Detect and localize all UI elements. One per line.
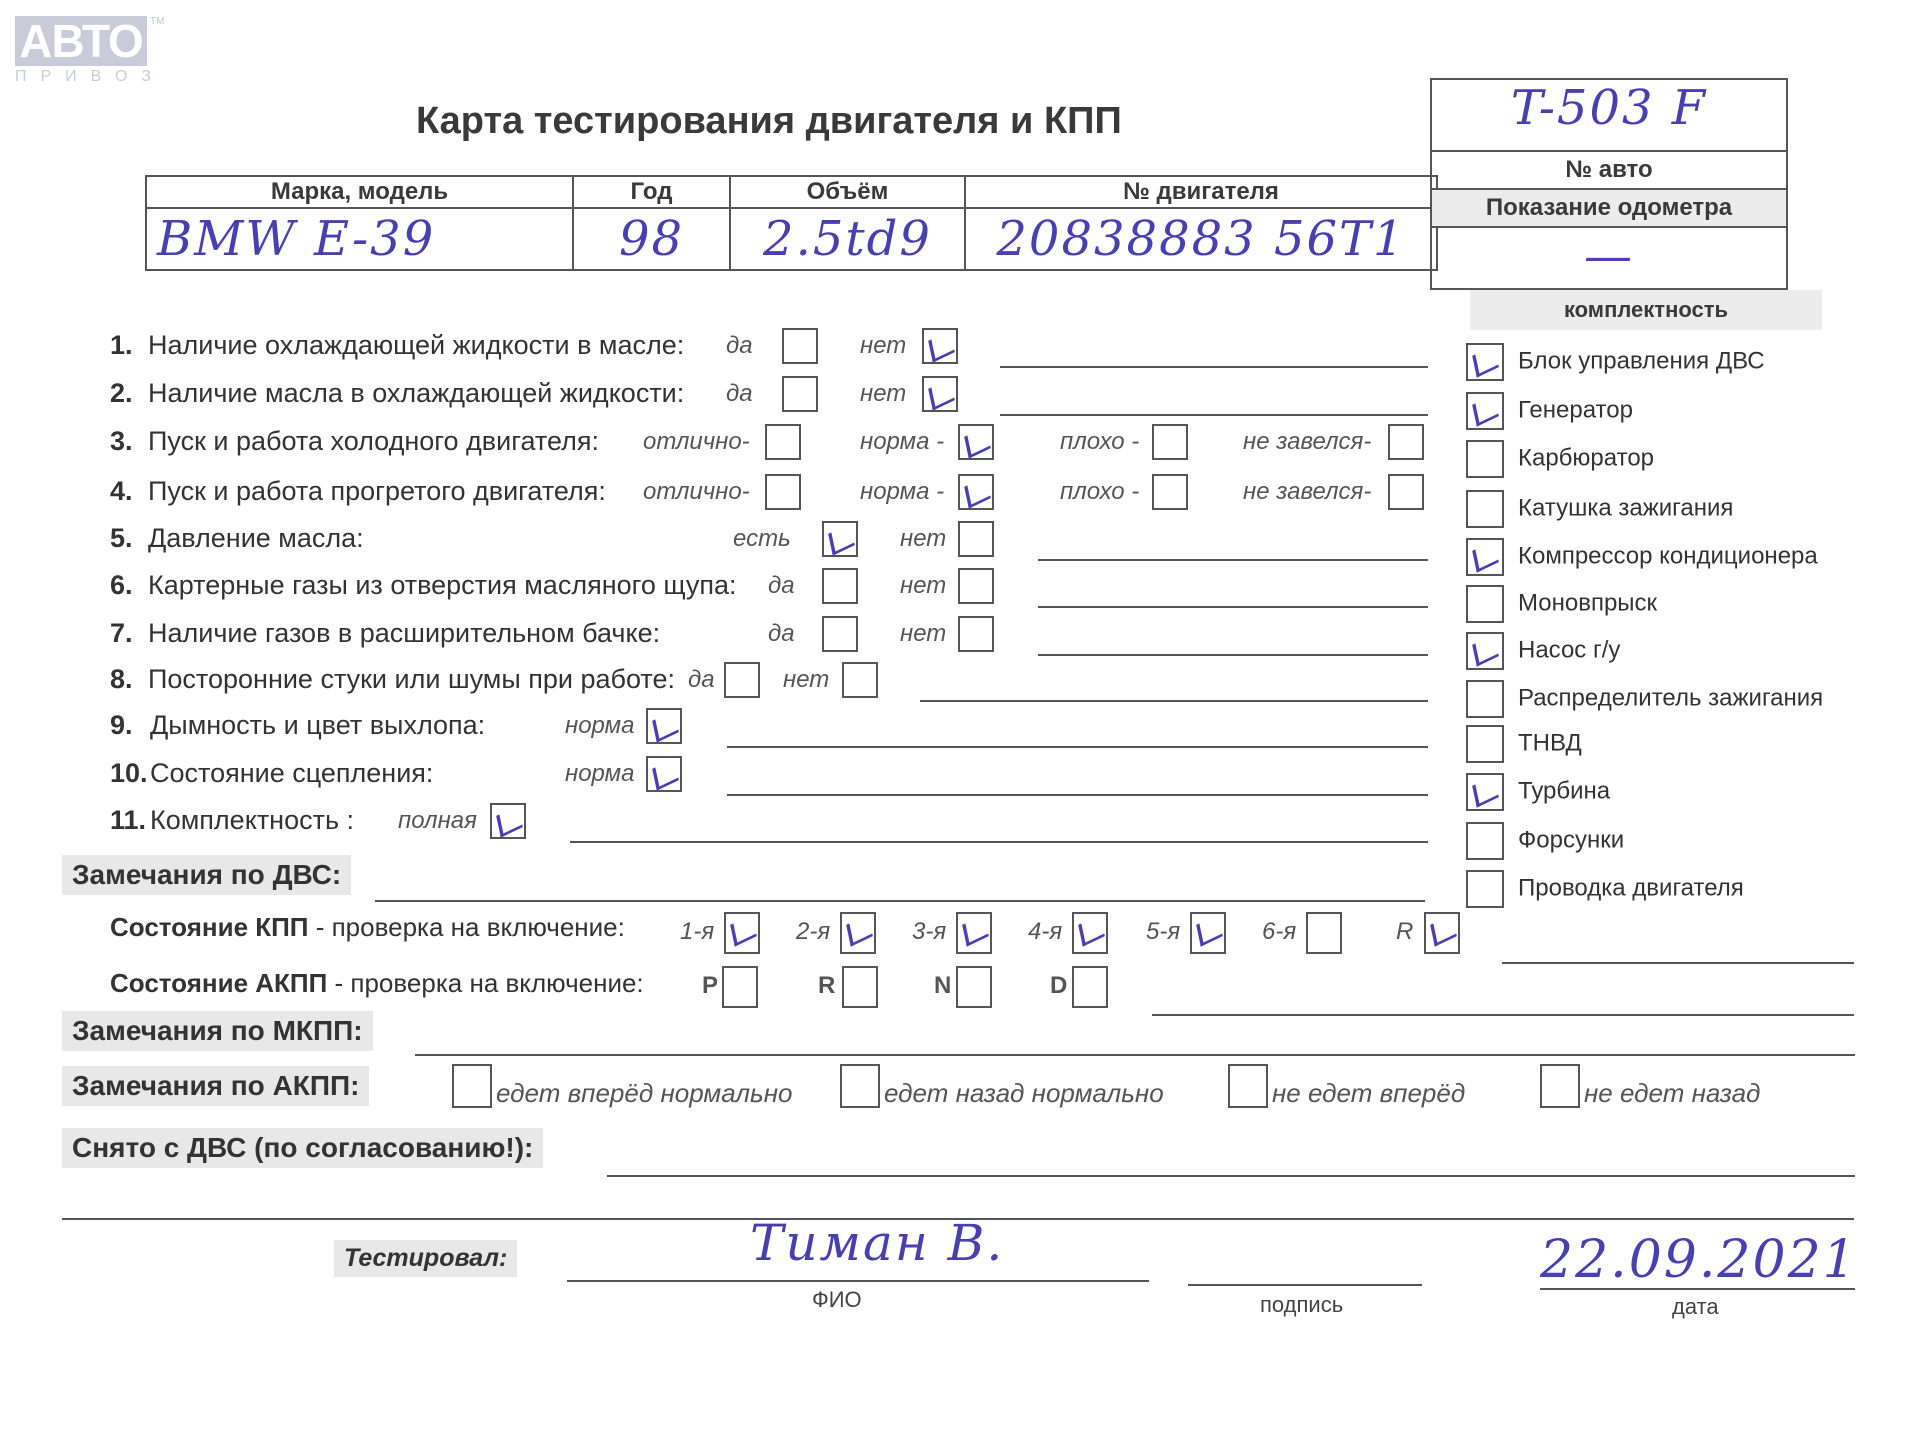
completeness-checkbox[interactable] — [1466, 490, 1504, 528]
date-value[interactable]: 22.09.2021 — [1540, 1232, 1858, 1288]
row-number: 3. — [110, 426, 148, 457]
notes-line[interactable] — [1000, 366, 1428, 368]
completeness-item[interactable]: Насос г/у — [1466, 632, 1620, 670]
option-checkbox[interactable] — [822, 568, 858, 604]
auto-gearbox-label: Состояние АКПП - проверка на включение: — [110, 968, 644, 999]
akpp-option-label: не едет назад — [1584, 1078, 1760, 1109]
option-checkbox[interactable] — [765, 474, 801, 510]
completeness-heading: комплектность — [1470, 290, 1822, 330]
option-label: отлично- — [643, 428, 750, 456]
option-label: есть — [733, 525, 791, 553]
completeness-checkbox[interactable] — [1466, 343, 1504, 381]
completeness-item[interactable]: Моновпрыск — [1466, 585, 1657, 623]
brand-subtitle: ПРИВОЗ — [15, 68, 165, 86]
completeness-item-label: Моновпрыск — [1518, 589, 1657, 616]
option-label: не завелся- — [1243, 428, 1371, 456]
option-label: нет — [783, 666, 829, 694]
completeness-item-label: Форсунки — [1518, 826, 1624, 853]
completeness-checkbox[interactable] — [1466, 680, 1504, 718]
manual-remarks-field[interactable] — [415, 1054, 1855, 1056]
completeness-checkbox[interactable] — [1466, 870, 1504, 908]
volume-value[interactable]: 2.5td9 — [730, 208, 965, 270]
gear-label: 1-я — [680, 918, 714, 946]
option-checkbox[interactable] — [782, 328, 818, 364]
option-checkbox[interactable] — [646, 708, 682, 744]
akpp-option-checkbox[interactable] — [452, 1064, 492, 1108]
row-question: Пуск и работа прогретого двигателя: — [148, 476, 606, 506]
gear-label: 4-я — [1028, 918, 1062, 946]
option-label: нет — [900, 572, 946, 600]
option-label: да — [768, 620, 795, 648]
notes-line[interactable] — [1038, 606, 1428, 608]
signature-caption: подпись — [1260, 1292, 1343, 1318]
column-header-engine-number: № двигателя — [965, 176, 1437, 208]
completeness-item[interactable]: Катушка зажигания — [1466, 490, 1733, 528]
gear-label: R — [1396, 918, 1413, 946]
completeness-checkbox[interactable] — [1466, 632, 1504, 670]
option-checkbox[interactable] — [958, 568, 994, 604]
gear-label: 6-я — [1262, 918, 1296, 946]
akpp-option-checkbox[interactable] — [840, 1064, 880, 1108]
option-label: да — [726, 332, 753, 360]
option-label: отлично- — [643, 478, 750, 506]
gear-label: 3-я — [912, 918, 946, 946]
checklist-row-label: 4.Пуск и работа прогретого двигателя: — [110, 476, 606, 507]
completeness-item-label: Генератор — [1518, 396, 1633, 423]
gear-checkbox[interactable] — [842, 966, 878, 1008]
completeness-checkbox[interactable] — [1466, 725, 1504, 763]
row-question: Наличие охлаждающей жидкости в масле: — [148, 330, 684, 360]
completeness-item[interactable]: Проводка двигателя — [1466, 870, 1744, 908]
option-label: да — [768, 572, 795, 600]
manual-gearbox-label-rest: - проверка на включение: — [309, 912, 625, 942]
engine-number-value[interactable]: 20838883 56T1 — [965, 208, 1437, 270]
completeness-item-label: Насос г/у — [1518, 636, 1620, 663]
name-caption: ФИО — [812, 1287, 862, 1313]
completeness-item[interactable]: Карбюратор — [1466, 440, 1654, 478]
tester-name-line — [567, 1280, 1149, 1282]
gear-checkbox[interactable] — [956, 966, 992, 1008]
completeness-item-label: Турбина — [1518, 777, 1610, 804]
completeness-checkbox[interactable] — [1466, 773, 1504, 811]
signature-line[interactable] — [1188, 1284, 1422, 1286]
notes-line[interactable] — [727, 794, 1428, 796]
year-value[interactable]: 98 — [573, 208, 730, 270]
date-line — [1540, 1288, 1855, 1290]
completeness-item[interactable]: Распределитель зажигания — [1466, 680, 1823, 718]
option-checkbox[interactable] — [1388, 424, 1424, 460]
gear-checkbox[interactable] — [724, 912, 760, 954]
checklist-row-label: 1.Наличие охлаждающей жидкости в масле: — [110, 330, 684, 361]
auto-gearbox-label-bold: Состояние АКПП — [110, 968, 327, 998]
gear-label: 2-я — [796, 918, 830, 946]
column-header-volume: Объём — [730, 176, 965, 208]
option-label: полная — [398, 807, 477, 835]
checklist-row-label: 7.Наличие газов в расширительном бачке: — [110, 618, 660, 649]
removed-parts-field[interactable] — [607, 1175, 1855, 1177]
gear-checkbox[interactable] — [1190, 912, 1226, 954]
notes-line[interactable] — [1000, 414, 1428, 416]
car-number-value[interactable]: T-503 F — [1432, 80, 1786, 150]
option-checkbox[interactable] — [782, 376, 818, 412]
row-number: 9. — [110, 710, 150, 741]
tester-name-value[interactable]: Тиман В. — [750, 1215, 1004, 1271]
completeness-item-label: ТНВД — [1518, 729, 1582, 756]
option-label: не завелся- — [1243, 478, 1371, 506]
row-question: Дымность и цвет выхлопа: — [150, 710, 485, 740]
option-label: да — [726, 380, 753, 408]
removed-parts-label: Снято с ДВС (по согласованию!): — [62, 1128, 543, 1168]
option-checkbox[interactable] — [958, 521, 994, 557]
row-question: Наличие газов в расширительном бачке: — [148, 618, 660, 648]
checklist-row-label: 9.Дымность и цвет выхлопа: — [110, 710, 485, 741]
manual-gearbox-note-field[interactable] — [1502, 962, 1854, 964]
option-label: нет — [860, 332, 906, 360]
row-number: 10. — [110, 758, 150, 789]
notes-line[interactable] — [1038, 559, 1428, 561]
option-label: норма - — [860, 428, 944, 456]
notes-line[interactable] — [920, 700, 1428, 702]
gear-checkbox[interactable] — [1424, 912, 1460, 954]
row-question: Давление масла: — [148, 523, 364, 553]
gear-checkbox[interactable] — [1072, 966, 1108, 1008]
brand-logo: АВТО — [15, 16, 147, 66]
akpp-option-label: не едет вперёд — [1272, 1078, 1465, 1109]
gear-label: N — [934, 972, 951, 1000]
row-number: 5. — [110, 523, 148, 554]
option-checkbox[interactable] — [842, 662, 878, 698]
engine-remarks-label: Замечания по ДВС: — [62, 855, 351, 895]
akpp-option-label: едет назад нормально — [884, 1078, 1164, 1109]
option-checkbox[interactable] — [1388, 474, 1424, 510]
notes-line[interactable] — [570, 841, 1428, 843]
column-header-model: Марка, модель — [146, 176, 573, 208]
option-label: нет — [860, 380, 906, 408]
row-number: 6. — [110, 570, 148, 601]
gear-label: D — [1050, 972, 1067, 1000]
option-checkbox[interactable] — [490, 803, 526, 839]
checklist-row-label: 10.Состояние сцепления: — [110, 758, 433, 789]
completeness-item[interactable]: Турбина — [1466, 773, 1610, 811]
row-question: Комплектность : — [150, 805, 354, 835]
option-label: нет — [900, 620, 946, 648]
auto-remarks-label: Замечания по АКПП: — [62, 1066, 369, 1106]
tested-by-label: Тестировал: — [334, 1240, 517, 1277]
option-checkbox[interactable] — [958, 474, 994, 510]
auto-gearbox-label-rest: - проверка на включение: — [327, 968, 643, 998]
odometer-label: Показание одометра — [1432, 188, 1786, 226]
row-question: Посторонние стуки или шумы при работе: — [148, 664, 675, 694]
manual-gearbox-label-bold: Состояние КПП — [110, 912, 309, 942]
column-header-year: Год — [573, 176, 730, 208]
engine-remarks-field[interactable] — [375, 900, 1425, 902]
gear-checkbox[interactable] — [722, 966, 758, 1008]
gear-checkbox[interactable] — [1306, 912, 1342, 954]
checklist-row-label: 2.Наличие масла в охлаждающей жидкости: — [110, 378, 684, 409]
trademark-mark: TM — [150, 16, 164, 27]
date-caption: дата — [1672, 1294, 1719, 1320]
option-checkbox[interactable] — [822, 616, 858, 652]
option-label: плохо - — [1060, 428, 1139, 456]
gear-checkbox[interactable] — [1072, 912, 1108, 954]
row-question: Картерные газы из отверстия масляного щу… — [148, 570, 737, 600]
completeness-item-label: Карбюратор — [1518, 444, 1654, 471]
option-checkbox[interactable] — [765, 424, 801, 460]
completeness-checkbox[interactable] — [1466, 585, 1504, 623]
completeness-item[interactable]: Компрессор кондиционера — [1466, 538, 1818, 576]
option-label: норма — [565, 712, 634, 740]
option-checkbox[interactable] — [922, 328, 958, 364]
checklist-row-label: 11.Комплектность : — [110, 805, 354, 836]
completeness-checkbox[interactable] — [1466, 392, 1504, 430]
model-value[interactable]: BMW E-39 — [146, 208, 573, 270]
row-number: 11. — [110, 805, 150, 836]
row-question: Состояние сцепления: — [150, 758, 433, 788]
row-number: 8. — [110, 664, 148, 695]
option-label: да — [688, 666, 715, 694]
completeness-item-label: Проводка двигателя — [1518, 874, 1744, 901]
vehicle-info-table: Марка, модель Год Объём № двигателя BMW … — [145, 175, 1438, 271]
row-question: Пуск и работа холодного двигателя: — [148, 426, 599, 456]
row-number: 1. — [110, 330, 148, 361]
gear-checkbox[interactable] — [956, 912, 992, 954]
checklist-row-label: 8.Посторонние стуки или шумы при работе: — [110, 664, 675, 695]
manual-gearbox-label: Состояние КПП - проверка на включение: — [110, 912, 625, 943]
option-checkbox[interactable] — [1152, 474, 1188, 510]
car-number-label: № авто — [1432, 150, 1786, 188]
option-checkbox[interactable] — [1152, 424, 1188, 460]
option-checkbox[interactable] — [958, 424, 994, 460]
option-checkbox[interactable] — [646, 756, 682, 792]
row-question: Наличие масла в охлаждающей жидкости: — [148, 378, 684, 408]
completeness-item[interactable]: ТНВД — [1466, 725, 1582, 763]
completeness-item-label: Компрессор кондиционера — [1518, 542, 1818, 569]
odometer-value[interactable]: — — [1432, 226, 1786, 288]
completeness-checkbox[interactable] — [1466, 440, 1504, 478]
gear-label: R — [818, 972, 835, 1000]
checklist-row-label: 6.Картерные газы из отверстия масляного … — [110, 570, 737, 601]
completeness-item-label: Катушка зажигания — [1518, 494, 1733, 521]
auto-gearbox-note-field[interactable] — [1152, 1014, 1854, 1016]
gear-checkbox[interactable] — [840, 912, 876, 954]
row-number: 7. — [110, 618, 148, 649]
page-title: Карта тестирования двигателя и КПП — [416, 100, 1122, 143]
akpp-option-checkbox[interactable] — [1228, 1064, 1268, 1108]
option-label: норма — [565, 760, 634, 788]
akpp-option-label: едет вперёд нормально — [496, 1078, 792, 1109]
completeness-item[interactable]: Форсунки — [1466, 822, 1624, 860]
checklist-row-label: 3.Пуск и работа холодного двигателя: — [110, 426, 599, 457]
car-info-box: T-503 F № авто Показание одометра — — [1430, 78, 1788, 290]
row-number: 4. — [110, 476, 148, 507]
option-label: плохо - — [1060, 478, 1139, 506]
manual-remarks-label: Замечания по МКПП: — [62, 1011, 373, 1051]
checklist-row-label: 5.Давление масла: — [110, 523, 364, 554]
option-checkbox[interactable] — [958, 616, 994, 652]
completeness-item-label: Блок управления ДВС — [1518, 347, 1765, 374]
completeness-item[interactable]: Блок управления ДВС — [1466, 343, 1765, 381]
completeness-item-label: Распределитель зажигания — [1518, 684, 1823, 711]
akpp-option-checkbox[interactable] — [1540, 1064, 1580, 1108]
gear-label: 5-я — [1146, 918, 1180, 946]
notes-line[interactable] — [727, 746, 1428, 748]
option-label: норма - — [860, 478, 944, 506]
option-checkbox[interactable] — [724, 662, 760, 698]
gear-label: P — [702, 972, 718, 1000]
completeness-item[interactable]: Генератор — [1466, 392, 1633, 430]
row-number: 2. — [110, 378, 148, 409]
completeness-checkbox[interactable] — [1466, 822, 1504, 860]
option-checkbox[interactable] — [822, 521, 858, 557]
notes-line[interactable] — [1038, 654, 1428, 656]
option-label: нет — [900, 525, 946, 553]
completeness-checkbox[interactable] — [1466, 538, 1504, 576]
option-checkbox[interactable] — [922, 376, 958, 412]
